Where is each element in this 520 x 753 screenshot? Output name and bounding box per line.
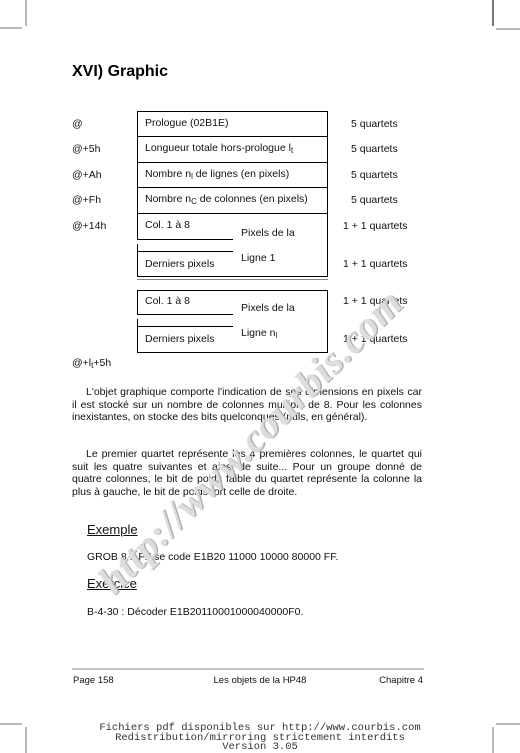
paragraph: Le premier quartet représente les 4 prem… <box>72 448 422 498</box>
end-address-label: @+lt+5h <box>72 357 111 370</box>
diagram-cell-length: Longueur totale hors-prologue lt <box>145 142 293 155</box>
address-label: @ <box>72 118 83 130</box>
size-label: 5 quartets <box>351 143 398 155</box>
diagram-cell-first-cols: Col. 1 à 8 <box>145 295 190 307</box>
address-label: @+5h <box>72 143 100 155</box>
address-label: @+Ah <box>72 169 102 181</box>
footer-chapter-title: Les objets de la HP48 <box>0 675 520 686</box>
crop-mark-top-right-h <box>496 28 520 30</box>
exercise-text: B-4-30 : Décoder E1B20110001000040000F0. <box>87 606 303 618</box>
example-text: GROB 8 1 FF se code E1B20 11000 10000 80… <box>87 551 338 563</box>
example-heading: Exemple <box>87 522 138 537</box>
notice-line: Version 3.05 <box>0 742 520 752</box>
size-label: 1 + 1 quartets <box>343 333 408 345</box>
size-label: 5 quartets <box>351 118 398 130</box>
size-label: 5 quartets <box>351 194 398 206</box>
diagram-cell-prologue: Prologue (02B1E) <box>145 117 228 129</box>
diagram-cell-last-pixels: Derniers pixels <box>145 333 214 345</box>
diagram-cell-pixels-label: Pixels de la <box>241 302 295 314</box>
exercise-heading: Exercice <box>87 576 137 591</box>
diagram-cell-columns: Nombre nC de colonnes (en pixels) <box>145 193 308 206</box>
paragraph: L'objet graphique comporte l'indication … <box>72 386 422 424</box>
diagram-cell-rows: Nombre nl de lignes (en pixels) <box>145 168 289 181</box>
size-label: 1 + 1 quartets <box>343 295 408 307</box>
diagram-cell-line-label: Ligne nl <box>241 327 277 340</box>
address-label: @+14h <box>72 220 106 232</box>
diagram-cell-last-pixels: Derniers pixels <box>145 258 214 270</box>
size-label: 1 + 1 quartets <box>343 220 408 232</box>
crop-mark-top-right-v <box>492 0 494 26</box>
diagram-cell-first-cols: Col. 1 à 8 <box>145 219 190 231</box>
diagram-cell-line-label: Ligne 1 <box>241 252 275 264</box>
address-label: @+Fh <box>72 194 101 206</box>
size-label: 5 quartets <box>351 169 398 181</box>
crop-mark-top-left-h <box>0 27 22 29</box>
footer-rule <box>72 668 424 670</box>
page-title: XVI) Graphic <box>72 63 168 81</box>
size-label: 1 + 1 quartets <box>343 258 408 270</box>
footer-chapter: Chapitre 4 <box>379 675 423 686</box>
crop-mark-top-left-v <box>25 0 27 26</box>
diagram-cell-pixels-label: Pixels de la <box>241 227 295 239</box>
